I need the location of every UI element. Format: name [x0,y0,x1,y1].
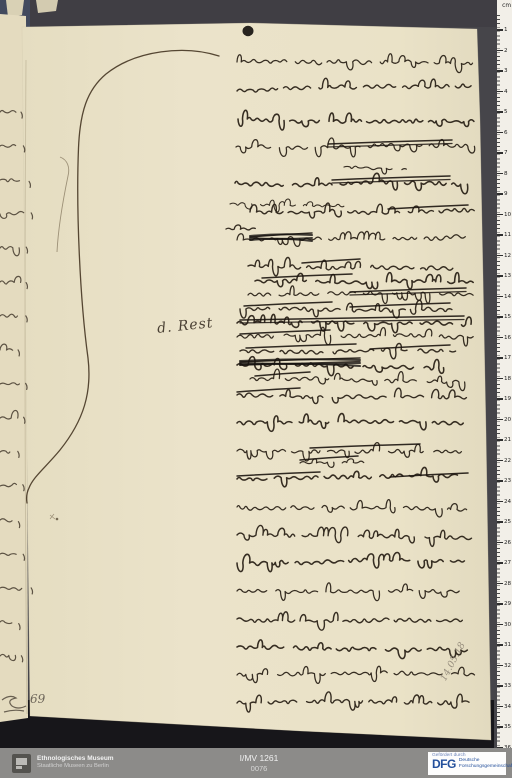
ruler-cm-mark: 12 [497,252,511,260]
ruler-cm-mark: 20 [497,416,511,424]
ruler-cm-mark: 23 [497,477,511,485]
footer-bar: Ethnologisches Museum Staatliche Museen … [0,748,512,778]
ruler-cm-mark: 13 [497,272,511,280]
institution-name: Ethnologisches Museum [37,755,114,764]
dfg-logo: Gefördert durch DFG Deutsche Forschungsg… [428,752,506,775]
ruler-cm-mark: 21 [497,436,511,444]
manuscript-scan-art [0,0,512,778]
dfg-acronym: DFG [432,758,456,770]
ruler-cm-mark: 8 [497,170,508,178]
scanned-manuscript-page: cm 1234567891011121314151617181920212223… [0,0,512,778]
ink-speck [56,518,59,521]
hole-punch-dot [243,26,254,36]
ruler-cm-mark: 29 [497,600,511,608]
ruler-cm-mark: 2 [497,47,508,55]
ruler-cm-mark: 15 [497,313,511,321]
underlying-page-tab [36,0,58,13]
ruler-cm-mark: 7 [497,149,508,157]
dfg-name-line2: Forschungsgemeinschaft [459,764,512,770]
museum-logo-icon [12,754,31,773]
ruler-cm-mark: 3 [497,67,508,75]
ruler-cm-mark: 14 [497,293,511,301]
ruler-cm-mark: 26 [497,539,511,547]
ruler-cm-mark: 10 [497,211,511,219]
institution-subtitle: Staatliche Museen zu Berlin [37,763,114,771]
ruler-cm-mark: 22 [497,457,511,465]
ruler-cm-mark: 25 [497,518,511,526]
ruler-cm-mark: 9 [497,190,508,198]
ruler: cm 1234567891011121314151617181920212223… [497,0,512,778]
ruler-cm-mark: 6 [497,129,508,137]
funding-block: Gefördert durch DFG Deutsche Forschungsg… [336,752,506,775]
folio-page-number: 69 [30,692,45,706]
ruler-cm-mark: 34 [497,703,511,711]
ruler-cm-mark: 28 [497,580,511,588]
ruler-cm-mark: 5 [497,108,508,116]
ruler-cm-mark: 19 [497,395,511,403]
document-id: I/MV 1261 [182,753,336,764]
ruler-cm-mark: 4 [497,88,508,96]
ruler-cm-mark: 31 [497,641,511,649]
underlying-page-tab [6,0,24,17]
ruler-cm-mark: 27 [497,559,511,567]
image-number: 0076 [182,764,336,774]
ruler-cm-mark: 17 [497,354,511,362]
ruler-cm-mark: 18 [497,375,511,383]
ruler-cm-mark: 35 [497,723,511,731]
ruler-cm-mark: 32 [497,662,511,670]
ruler-cm-mark: 24 [497,498,511,506]
paper-sheet [22,23,491,740]
ruler-unit-label: cm [502,3,511,9]
ruler-cm-mark: 30 [497,621,511,629]
ruler-cm-mark: 33 [497,682,511,690]
document-id-block: I/MV 1261 0076 [182,753,336,774]
ruler-cm-mark: 1 [497,26,508,34]
institution-block: Ethnologisches Museum Staatliche Museen … [12,754,182,773]
ruler-cm-mark: 11 [497,231,511,239]
ruler-cm-mark: 16 [497,334,511,342]
